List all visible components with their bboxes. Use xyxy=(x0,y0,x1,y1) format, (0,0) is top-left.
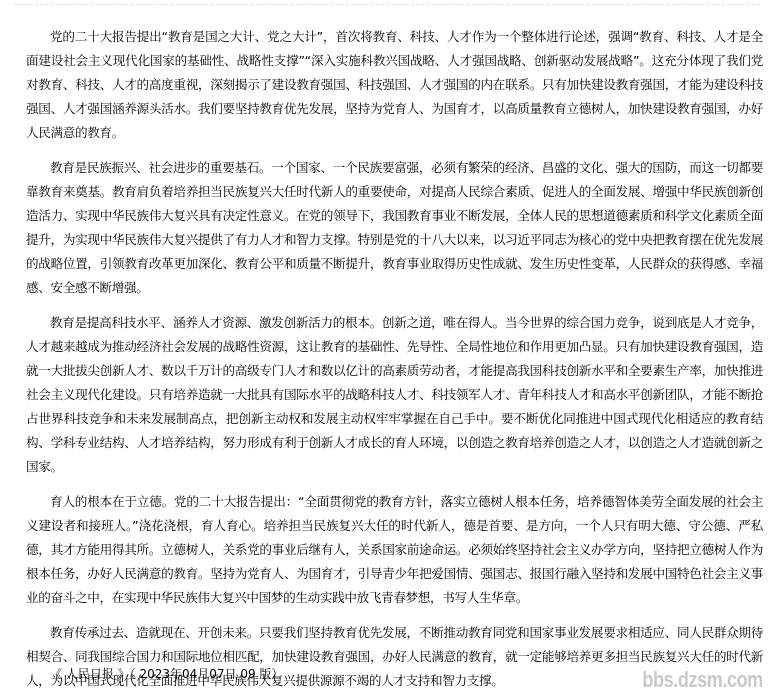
paragraph-4: 育人的根本在于立德。党的二十大报告提出：“全面贯彻党的教育方针，落实立德树人根本… xyxy=(26,490,763,610)
paragraph-1: 党的二十大报告提出“教育是国之大计、党之大计”，首次将教育、科技、人才作为一个整… xyxy=(26,25,763,145)
paragraph-2: 教育是民族振兴、社会进步的重要基石。一个国家、一个民族要富强，必须有繁荣的经济、… xyxy=(26,156,763,300)
site-watermark: bbs.dzsm.com xyxy=(643,667,763,693)
paragraph-3: 教育是提高科技水平、涵养人才资源、激发创新活力的根本。创新之道，唯在得人。当今世… xyxy=(26,311,763,479)
article-body: 党的二十大报告提出“教育是国之大计、党之大计”，首次将教育、科技、人才作为一个整… xyxy=(26,25,763,698)
top-divider xyxy=(15,4,760,5)
source-citation: 《 人民日报 》（ 2023年04月07日 09 版） xyxy=(50,665,283,682)
